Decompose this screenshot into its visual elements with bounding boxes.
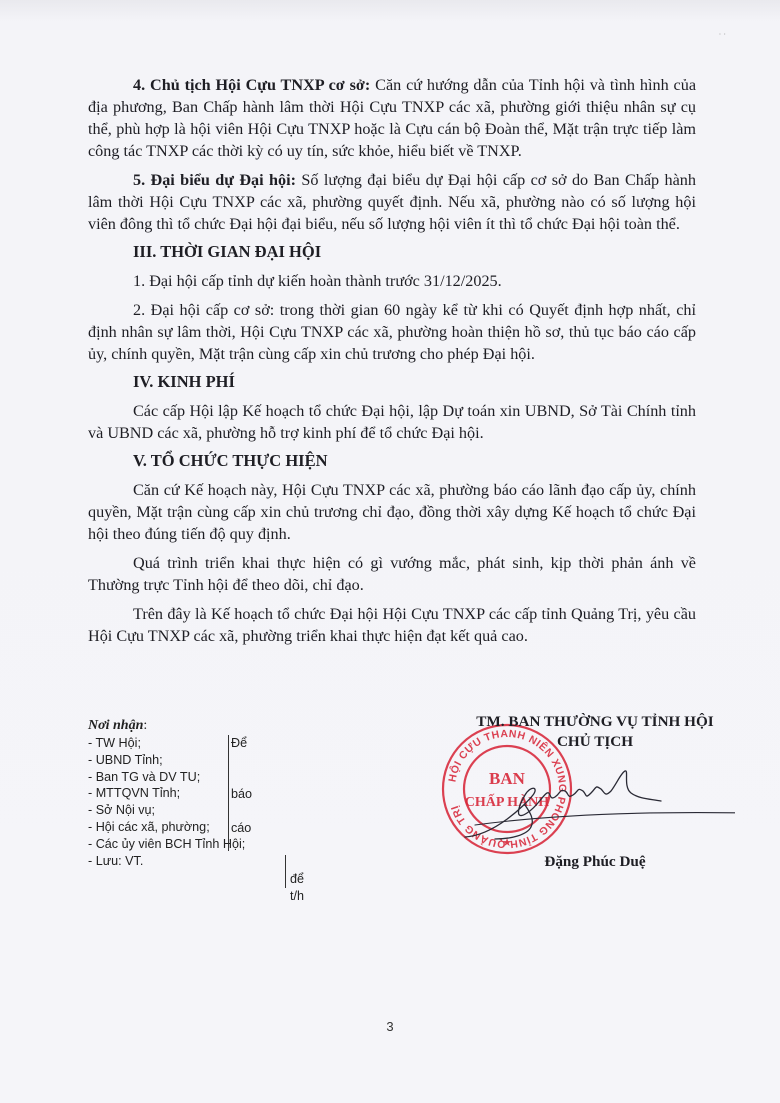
recipient-bracket-report	[228, 735, 229, 851]
recipient-note: để t/h	[290, 871, 304, 905]
page-number: 3	[0, 1019, 780, 1034]
recipient-item: - UBND Tỉnh;	[88, 752, 245, 769]
section-5-paragraph-3: Trên đây là Kế hoạch tổ chức Đại hội Hội…	[88, 603, 696, 647]
recipient-item: - TW Hội;	[88, 735, 245, 752]
recipient-item: - Lưu: VT.	[88, 853, 245, 870]
scan-artifact: ··	[719, 30, 728, 39]
recipient-note: Để	[231, 735, 247, 752]
section-3-paragraph-1: 1. Đại hội cấp tỉnh dự kiến hoàn thành t…	[88, 270, 696, 292]
recipient-item: - Sở Nội vụ;	[88, 802, 245, 819]
recipient-item: - Ban TG và DV TU;	[88, 769, 245, 786]
recipients-list: - TW Hội; - UBND Tỉnh; - Ban TG và DV TU…	[88, 735, 245, 869]
recipients-title: Nơi nhận:	[88, 716, 245, 735]
signer-on-behalf: TM. BAN THƯỜNG VỤ TỈNH HỘI	[455, 712, 735, 732]
section-5-paragraph-2: Quá trình triển khai thực hiện có gì vướ…	[88, 552, 696, 596]
item-4-lead: 4. Chủ tịch Hội Cựu TNXP cơ sở:	[133, 76, 370, 94]
document-page: ·· 4. Chủ tịch Hội Cựu TNXP cơ sở: Căn c…	[0, 0, 780, 1103]
section-3-heading: III. THỜI GIAN ĐẠI HỘI	[88, 241, 696, 263]
recipient-note: báo	[231, 786, 252, 803]
section-4-paragraph-1: Các cấp Hội lập Kế hoạch tổ chức Đại hội…	[88, 400, 696, 444]
item-4-paragraph: 4. Chủ tịch Hội Cựu TNXP cơ sở: Căn cứ h…	[88, 74, 696, 162]
handwritten-signature-icon	[455, 765, 735, 845]
recipient-item: - Hội các xã, phường;	[88, 819, 245, 836]
recipient-item: - Các ủy viên BCH Tỉnh Hội;	[88, 836, 245, 853]
section-3-paragraph-2: 2. Đại hội cấp cơ sở: trong thời gian 60…	[88, 299, 696, 365]
signer-name: Đặng Phúc Duệ	[455, 852, 735, 872]
section-5-paragraph-1: Căn cứ Kế hoạch này, Hội Cựu TNXP các xã…	[88, 479, 696, 545]
recipient-item: - MTTQVN Tỉnh;	[88, 785, 245, 802]
recipients-block: Nơi nhận: - TW Hội; - UBND Tỉnh; - Ban T…	[88, 716, 245, 869]
section-5-heading: V. TỔ CHỨC THỰC HIỆN	[88, 450, 696, 472]
recipient-note: cáo	[231, 820, 251, 837]
item-5-paragraph: 5. Đại biểu dự Đại hội: Số lượng đại biể…	[88, 169, 696, 235]
section-4-heading: IV. KINH PHÍ	[88, 371, 696, 393]
signer-title: CHỦ TỊCH	[455, 732, 735, 752]
document-body: 4. Chủ tịch Hội Cựu TNXP cơ sở: Căn cứ h…	[88, 74, 696, 647]
item-5-lead: 5. Đại biểu dự Đại hội:	[133, 171, 296, 189]
recipient-bracket-implement	[285, 855, 286, 888]
signature-block: TM. BAN THƯỜNG VỤ TỈNH HỘI CHỦ TỊCH Đặng…	[455, 712, 735, 752]
